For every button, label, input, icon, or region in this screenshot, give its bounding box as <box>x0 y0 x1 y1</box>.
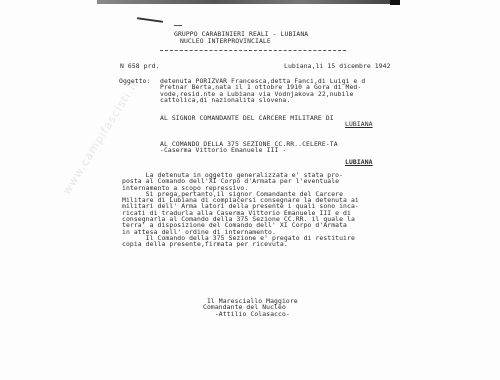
scan-edge-corner <box>390 0 400 5</box>
subject-text: detenuta PORIZVAR Francesca,detta Fanci,… <box>160 78 365 103</box>
addressee-2-city: LUBIANA <box>345 159 373 165</box>
addressee-1-city: LUBIANA <box>345 121 373 127</box>
scanned-document-page: www.campifascisti.it GRUPPO CARABINIERI … <box>0 0 500 380</box>
pen-mark-small <box>174 25 182 26</box>
signature-block: Il Maresciallo Maggiore Comandante del N… <box>203 298 298 317</box>
subject-label: Oggetto: <box>119 78 151 84</box>
pen-mark <box>137 17 163 23</box>
scan-edge-bar <box>97 0 390 4</box>
letterhead-rule <box>160 50 346 51</box>
protocol-number: N 658 prd. <box>120 63 159 69</box>
addressee-1: AL SIGNOR COMANDANTE DEL CARCERE MILITAR… <box>160 115 334 121</box>
letter-body: La detenuta in oggetto generalizzata e' … <box>122 172 359 248</box>
addressee-2: AL COMANDO DELLA 375 SEZIONE CC.RR..CELE… <box>160 141 338 154</box>
letterhead-line-2: NUCLEO INTERPROVINCIALE <box>180 38 271 44</box>
document-date: Lubiana,li 15 dicembre 1942 <box>284 63 391 69</box>
